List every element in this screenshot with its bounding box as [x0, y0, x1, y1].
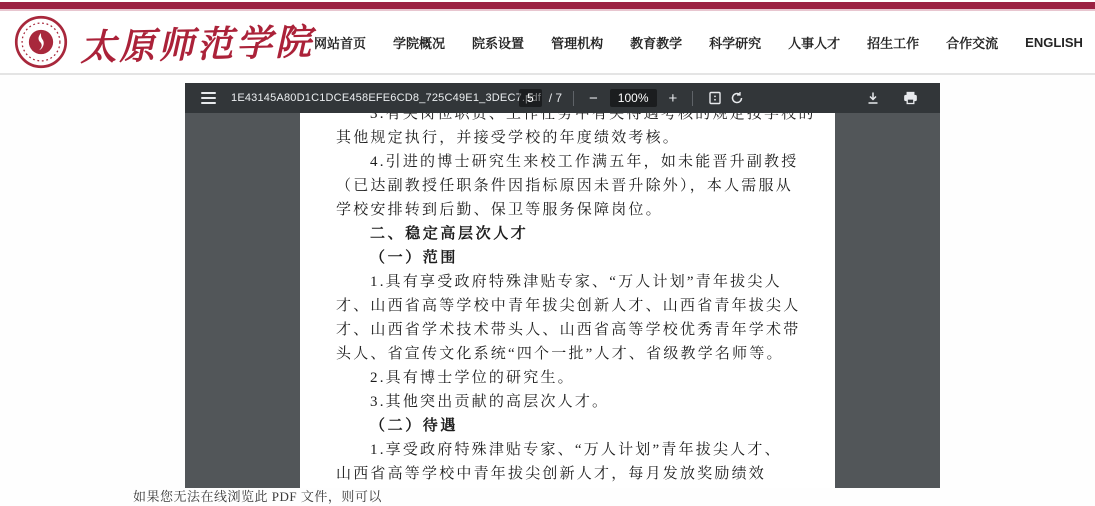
pdf-text-line: 头人、省宣传文化系统“四个一批”人才、省级教学名师等。 — [336, 342, 807, 366]
print-icon[interactable] — [899, 91, 922, 105]
university-logo[interactable]: 太原师范学院 — [14, 15, 314, 69]
toolbar-divider — [573, 91, 574, 106]
nav-item[interactable]: 网站首页 — [314, 33, 366, 52]
menu-icon[interactable] — [201, 89, 216, 107]
pdf-text-line: 学校安排转到后勤、保卫等服务保障岗位。 — [336, 198, 807, 222]
pdf-action-controls — [862, 83, 922, 113]
pdf-content-area[interactable]: 3.有关岗位职责、工作任务中有关待遇考核的规定按学校的其他规定执行，并接受学校的… — [185, 113, 940, 488]
pdf-text-line: 二、稳定高层次人才 — [336, 222, 807, 246]
pdf-text-line: （一）范围 — [336, 246, 807, 270]
download-icon[interactable] — [862, 91, 884, 105]
zoom-level[interactable]: 100% — [610, 89, 657, 107]
zoom-out-button[interactable]: − — [585, 91, 602, 106]
nav-item[interactable]: 招生工作 — [867, 33, 919, 52]
main-nav: 网站首页学院概况院系设置管理机构教育教学科学研究人事人才招生工作合作交流ENGL… — [314, 33, 1083, 52]
pdf-page-zoom-controls: 5 / 7 − 100% + — [519, 83, 748, 113]
page-total: / 7 — [549, 91, 562, 105]
pdf-text-line: 3.其他突出贡献的高层次人才。 — [336, 390, 807, 414]
nav-item[interactable]: 学院概况 — [393, 33, 445, 52]
pdf-fallback-note: 如果您无法在线浏览此 PDF 文件，则可以 — [133, 486, 382, 505]
pdf-text-line: 3.有关岗位职责、工作任务中有关待遇考核的规定按学校的 — [336, 113, 807, 126]
pdf-text-line: 才、山西省高等学校中青年拔尖创新人才、山西省青年拔尖人 — [336, 294, 807, 318]
pdf-viewer: 1E43145A80D1C1DCE458EFE6CD8_725C49E1_3DE… — [185, 83, 940, 488]
pdf-filename: 1E43145A80D1C1DCE458EFE6CD8_725C49E1_3DE… — [231, 92, 541, 104]
nav-item[interactable]: 院系设置 — [472, 33, 524, 52]
nav-item[interactable]: 教育教学 — [630, 33, 682, 52]
pdf-text-line: 其他规定执行，并接受学校的年度绩效考核。 — [336, 126, 807, 150]
nav-item[interactable]: 合作交流 — [946, 33, 998, 52]
rotate-icon[interactable] — [726, 91, 748, 105]
pdf-text-line: （已达副教授任职条件因指标原因未晋升除外），本人需服从 — [336, 174, 807, 198]
fit-page-icon[interactable] — [704, 91, 726, 105]
zoom-in-button[interactable]: + — [665, 91, 682, 106]
pdf-text-line: 2.具有博士学位的研究生。 — [336, 366, 807, 390]
pdf-text-line: （二）待遇 — [336, 414, 807, 438]
nav-item[interactable]: 管理机构 — [551, 33, 603, 52]
nav-item[interactable]: 人事人才 — [788, 33, 840, 52]
pdf-text-line: 山西省高等学校中青年拔尖创新人才，每月发放奖励绩效 — [336, 462, 807, 486]
nav-item[interactable]: 科学研究 — [709, 33, 761, 52]
pdf-page: 3.有关岗位职责、工作任务中有关待遇考核的规定按学校的其他规定执行，并接受学校的… — [300, 113, 835, 488]
pdf-text-line: 1.具有享受政府特殊津贴专家、“万人计划”青年拔尖人 — [336, 270, 807, 294]
pdf-text-line: 才、山西省学术技术带头人、山西省高等学校优秀青年学术带 — [336, 318, 807, 342]
page-number-input[interactable]: 5 — [519, 89, 542, 107]
nav-item[interactable]: ENGLISH — [1025, 35, 1083, 50]
university-name: 太原师范学院 — [79, 13, 314, 70]
site-header: 太原师范学院 网站首页学院概况院系设置管理机构教育教学科学研究人事人才招生工作合… — [0, 11, 1095, 75]
pdf-text-line: 1.享受政府特殊津贴专家、“万人计划”青年拔尖人才、 — [336, 438, 807, 462]
pdf-toolbar: 1E43145A80D1C1DCE458EFE6CD8_725C49E1_3DE… — [185, 83, 940, 113]
university-seal-icon — [14, 15, 68, 69]
toolbar-divider — [692, 91, 693, 106]
pdf-text-line: 4.引进的博士研究生来校工作满五年，如未能晋升副教授 — [336, 150, 807, 174]
top-accent-bar — [0, 2, 1095, 11]
pdf-document-text: 3.有关岗位职责、工作任务中有关待遇考核的规定按学校的其他规定执行，并接受学校的… — [336, 113, 807, 486]
